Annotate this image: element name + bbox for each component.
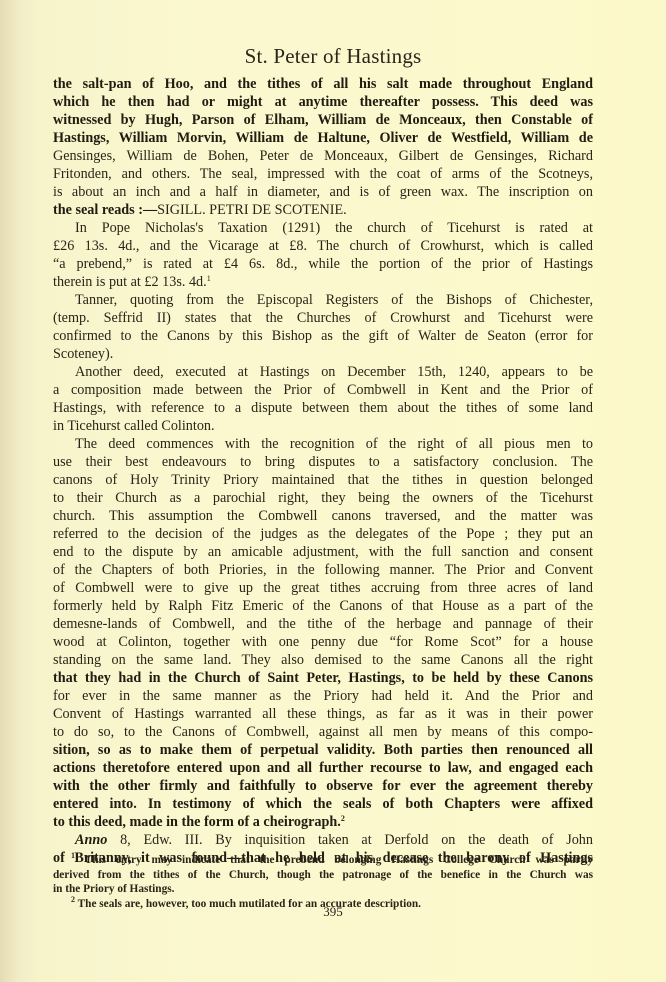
line-text: 8, Edw. III. By inquisition taken at Der… xyxy=(107,832,593,848)
text-line: sition, so as to make them of perpetual … xyxy=(53,741,593,759)
text-line: “a prebend,” is rated at £4 6s. 8d., whi… xyxy=(53,255,593,273)
text-line: referred to the decision of the judges a… xyxy=(53,525,593,543)
page-number: 395 xyxy=(0,904,666,920)
text-line: a composition made between the Prior of … xyxy=(53,381,593,399)
text-line: therein is put at £2 13s. 4d.1 xyxy=(53,273,593,291)
footnote-text: This entry may indicate that the prebend… xyxy=(85,854,593,866)
text-line: with the other firmly and faithfully to … xyxy=(53,777,593,795)
text-line: Anno 8, Edw. III. By inquisition taken a… xyxy=(53,831,593,849)
text-line: (temp. Seffrid II) states that the Churc… xyxy=(53,309,593,327)
footnotes: 1 This entry may indicate that the prebe… xyxy=(53,853,593,911)
text-line: church. This assumption the Combwell can… xyxy=(53,507,593,525)
anno-label: Anno xyxy=(75,832,107,848)
footnote-1-cont: in the Priory of Hastings. xyxy=(53,882,593,897)
text-line: to do so, to the Canons of Combwell, aga… xyxy=(53,723,593,741)
footnote-mark: 2 xyxy=(71,895,75,904)
running-header-title: St. Peter of Hastings xyxy=(0,44,666,69)
seal-inscription: SIGILL. PETRI DE SCOTENIE. xyxy=(157,202,347,218)
text-line: Convent of Hastings warranted all these … xyxy=(53,705,593,723)
text-line: actions theretofore entered upon and all… xyxy=(53,759,593,777)
text-line: Hastings, with reference to a dispute be… xyxy=(53,399,593,417)
text-line: The deed commences with the recognition … xyxy=(53,435,593,453)
seal-reads-label: the seal reads :— xyxy=(53,202,157,218)
footnote-1: 1 This entry may indicate that the prebe… xyxy=(53,853,593,868)
text-line: that they had in the Church of Saint Pet… xyxy=(53,669,593,687)
footnote-mark: 1 xyxy=(71,851,75,860)
text-line: Scoteney). xyxy=(53,345,593,363)
text-line: to this deed, made in the form of a chei… xyxy=(53,813,593,831)
text-line: which he then had or might at anytime th… xyxy=(53,93,593,111)
footnote-ref-2[interactable]: 2 xyxy=(341,814,345,823)
text-line: formerly held by Ralph Fitz Emeric of th… xyxy=(53,597,593,615)
text-line: in Ticehurst called Colinton. xyxy=(53,417,593,435)
text-line: is about an inch and a half in diameter,… xyxy=(53,183,593,201)
text-line: for ever in the same manner as the Prior… xyxy=(53,687,593,705)
text-line: Tanner, quoting from the Episcopal Regis… xyxy=(53,291,593,309)
text-line: of Combwell were to give up the great ti… xyxy=(53,579,593,597)
line-text: to this deed, made in the form of a chei… xyxy=(53,814,341,830)
text-line: In Pope Nicholas's Taxation (1291) the c… xyxy=(53,219,593,237)
text-line: wood at Colinton, together with one penn… xyxy=(53,633,593,651)
line-text: therein is put at £2 13s. 4d. xyxy=(53,274,207,290)
text-line: witnessed by Hugh, Parson of Elham, Will… xyxy=(53,111,593,129)
text-line: use their best endeavours to bring dispu… xyxy=(53,453,593,471)
text-line: demesne-lands of Combwell, and the tithe… xyxy=(53,615,593,633)
footnote-1-cont: derived from the tithes of the Church, t… xyxy=(53,868,593,883)
text-line: entered into. In testimony of which the … xyxy=(53,795,593,813)
text-line: canons of Holy Trinity Priory maintained… xyxy=(53,471,593,489)
text-line: Another deed, executed at Hastings on De… xyxy=(53,363,593,381)
text-line: the seal reads :—SIGILL. PETRI DE SCOTEN… xyxy=(53,201,593,219)
text-line: Gensinges, William de Bohen, Peter de Mo… xyxy=(53,147,593,165)
text-line: the salt-pan of Hoo, and the tithes of a… xyxy=(53,75,593,93)
main-text: the salt-pan of Hoo, and the tithes of a… xyxy=(53,75,593,867)
text-line: to their Church as a parochial right, th… xyxy=(53,489,593,507)
book-page: St. Peter of Hastings the salt-pan of Ho… xyxy=(0,0,666,982)
footnote-ref-1[interactable]: 1 xyxy=(207,274,211,283)
text-line: £26 13s. 4d., and the Vicarage at £8. Th… xyxy=(53,237,593,255)
text-line: standing on the same land. They also dem… xyxy=(53,651,593,669)
text-line: Hastings, William Morvin, William de Hal… xyxy=(53,129,593,147)
text-line: end to the dispute by an amicable adjust… xyxy=(53,543,593,561)
text-line: confirmed to the Canons by this Bishop a… xyxy=(53,327,593,345)
text-line: Fritonden, and others. The seal, impress… xyxy=(53,165,593,183)
text-line: of the Chapters of both Priories, in the… xyxy=(53,561,593,579)
